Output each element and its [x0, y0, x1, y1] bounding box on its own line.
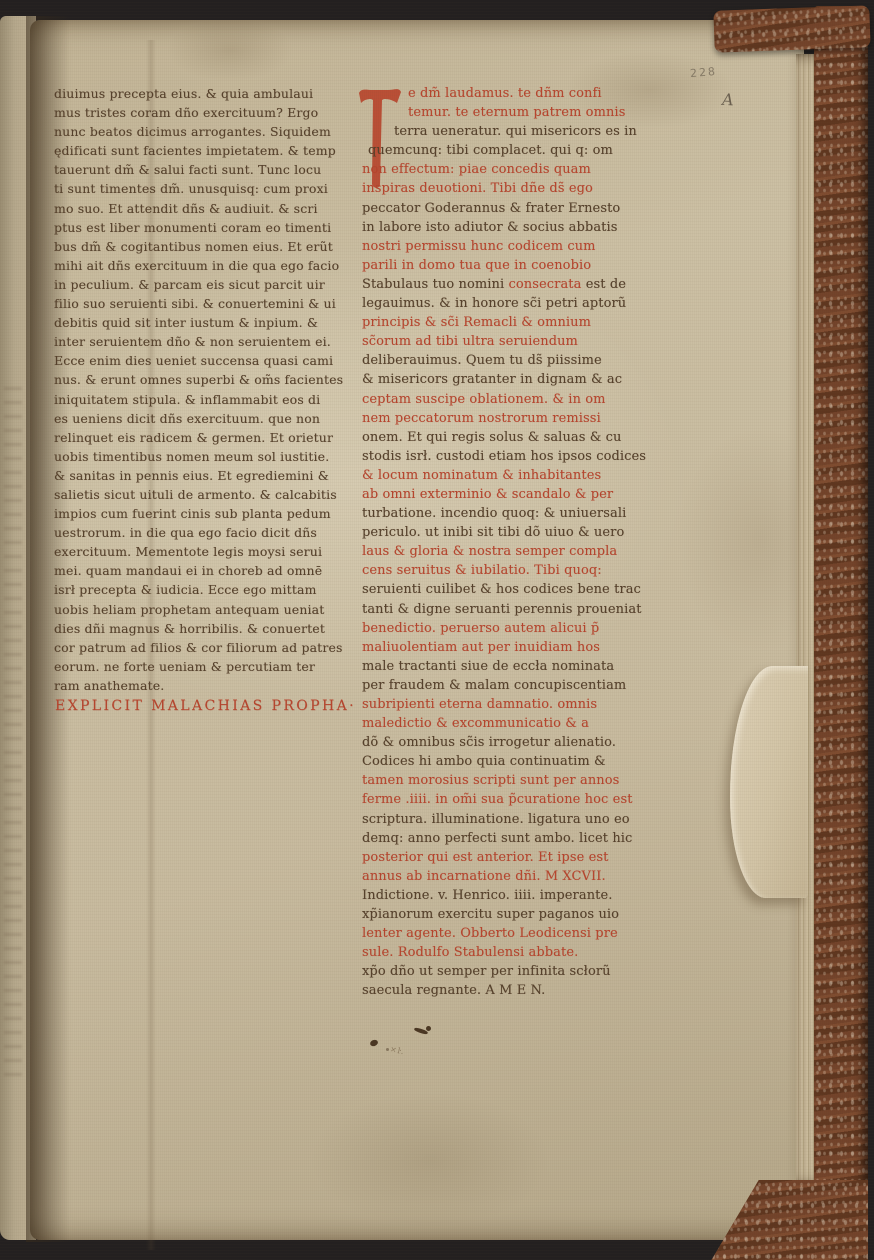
text-segment: ceptam suscipe oblationem. & in om: [362, 392, 606, 407]
text-segment: maliuolentiam aut per inuidiam hos: [362, 640, 600, 655]
text-segment: diuimus precepta eius. & quia ambulaui: [54, 86, 313, 101]
manuscript-line: maledictio & excommunicatio & a: [362, 714, 666, 733]
manuscript-line: in peculium. & parcam eis sicut parcit u…: [54, 275, 356, 294]
text-segment: nus. & erunt omnes superbi & om̃s facien…: [54, 372, 343, 387]
manuscript-line: periculo. ut inibi sit tibi dõ uiuo & ue…: [362, 523, 666, 542]
manuscript-line: uobis timentibus nomen meum sol iustitie…: [54, 447, 356, 466]
text-segment: iniquitatem stipula. & inflammabit eos d…: [54, 392, 320, 407]
manuscript-line: nem peccatorum nostrorum remissi: [362, 409, 666, 428]
manuscript-line: e dm̃ laudamus. te dñm confi: [362, 84, 666, 103]
text-segment: per fraudem & malam concupiscentiam: [362, 678, 626, 693]
text-segment: ti sunt timentes dm̃. unusquisq: cum pro…: [54, 181, 328, 196]
text-segment: bus dm̃ & cogitantibus nomen eius. Et er…: [54, 239, 333, 254]
text-segment: Stabulaus tuo nomini: [362, 277, 509, 292]
manuscript-line: quemcunq: tibi complacet. qui q: om: [362, 141, 666, 160]
manuscript-line: mus tristes coram dño exercituum? Ergo: [54, 103, 356, 122]
manuscript-line: ti sunt timentes dm̃. unusquisq: cum pro…: [54, 179, 356, 198]
text-segment: posterior qui est anterior. Et ipse est: [362, 850, 609, 865]
text-segment: impios cum fuerint cinis sub planta pedu…: [54, 506, 331, 521]
manuscript-line: non effectum: piae concedis quam: [362, 160, 666, 179]
text-segment: cor patrum ad filios & cor filiorum ad p…: [54, 640, 343, 655]
text-segment: seruienti cuilibet & hos codices bene tr…: [362, 582, 641, 597]
text-segment: exercituum. Mementote legis moysi serui: [54, 544, 322, 559]
manuscript-line: posterior qui est anterior. Et ipse est: [362, 848, 666, 867]
text-segment: ferme .iiii. in om̃i sua p̃curatione hoc…: [362, 792, 633, 807]
text-segment: consecrata: [509, 277, 582, 292]
text-segment: ab omni exterminio & scandalo & per: [362, 487, 613, 502]
text-segment: uobis heliam prophetam antequam ueniat: [54, 602, 324, 617]
text-segment: relinquet eis radicem & germen. Et oriet…: [54, 430, 333, 445]
text-segment: stodis isrł. custodi etiam hos ipsos cod…: [362, 449, 646, 464]
manuscript-line: impios cum fuerint cinis sub planta pedu…: [54, 504, 356, 523]
manuscript-line: ceptam suscipe oblationem. & in om: [362, 390, 666, 409]
manuscript-line: inspiras deuotioni. Tibi dñe ds̃ ego: [362, 179, 666, 198]
manuscript-line: ferme .iiii. in om̃i sua p̃curatione hoc…: [362, 790, 666, 809]
text-segment: Codices hi ambo quia continuatim &: [362, 754, 606, 769]
text-segment: non effectum: piae concedis quam: [362, 162, 591, 177]
manuscript-line: relinquet eis radicem & germen. Et oriet…: [54, 428, 356, 447]
manuscript-line: uobis heliam prophetam antequam ueniat: [54, 600, 356, 619]
text-segment: in labore isto adiutor & socius abbatis: [362, 220, 618, 235]
text-segment: benedictio. peruerso autem alicui p̃: [362, 621, 599, 636]
manuscript-line: nus. & erunt omnes superbi & om̃s facien…: [54, 370, 356, 389]
manuscript-line: bus dm̃ & cogitantibus nomen eius. Et er…: [54, 237, 356, 256]
text-segment: mo suo. Et attendit dñs & audiuit. & scr…: [54, 201, 318, 216]
manuscript-line: Codices hi ambo quia continuatim &: [362, 752, 666, 771]
text-segment: terra ueneratur. qui misericors es in: [394, 124, 637, 139]
text-segment: lenter agente. Obberto Leodicensi pre: [362, 926, 618, 941]
manuscript-line: legauimus. & in honore sc̃i petri aptorũ: [362, 294, 666, 313]
manuscript-line: principis & sc̃i Remacli & omnium: [362, 313, 666, 332]
manuscript-line: salietis sicut uituli de armento. & calc…: [54, 485, 356, 504]
text-segment: eorum. ne forte ueniam & percutiam ter: [54, 659, 315, 674]
manuscript-line: male tractanti siue de eccła nominata: [362, 657, 666, 676]
manuscript-line: maliuolentiam aut per inuidiam hos: [362, 638, 666, 657]
text-segment: uobis timentibus nomen meum sol iustitie…: [54, 449, 329, 464]
text-segment: tanti & digne seruanti perennis prouenia…: [362, 602, 642, 617]
manuscript-line: tamen morosius scripti sunt per annos: [362, 771, 666, 790]
manuscript-line: tanti & digne seruanti perennis prouenia…: [362, 600, 666, 619]
text-segment: mus tristes coram dño exercituum? Ergo: [54, 105, 318, 120]
text-segment: Indictione. v. Henrico. iiii. imperante.: [362, 888, 613, 903]
text-segment: saecula regnante. A M E N.: [362, 983, 545, 998]
manuscript-line: iniquitatem stipula. & inflammabit eos d…: [54, 390, 356, 409]
show-through-text: [4, 376, 22, 1076]
text-segment: & locum nominatum & inhabitantes: [362, 468, 601, 483]
text-segment: isrł precepta & iudicia. Ecce ego mittam: [54, 582, 317, 597]
text-segment: inspiras deuotioni. Tibi dñe ds̃ ego: [362, 181, 593, 196]
manuscript-line: nunc beatos dicimus arrogantes. Siquidem: [54, 122, 356, 141]
manuscript-line: annus ab incarnatione dñi. M XCVII.: [362, 867, 666, 886]
text-segment: & sanitas in pennis eius. Et egrediemini…: [54, 468, 329, 483]
text-segment: deliberauimus. Quem tu ds̃ piissime: [362, 353, 602, 368]
manuscript-line: per fraudem & malam concupiscentiam: [362, 676, 666, 695]
manuscript-line: tauerunt dm̃ & salui facti sunt. Tunc lo…: [54, 160, 356, 179]
text-segment: es ueniens dicit dñs exercituum. que non: [54, 411, 320, 426]
manuscript-line: Indictione. v. Henrico. iiii. imperante.: [362, 886, 666, 905]
text-segment: uestrorum. in die qua ego facio dicit dñ…: [54, 525, 317, 540]
manuscript-line: Ecce enim dies ueniet succensa quasi cam…: [54, 351, 356, 370]
text-segment: ędificati sunt facientes impietatem. & t…: [54, 143, 336, 158]
manuscript-line: saecula regnante. A M E N.: [362, 981, 666, 1000]
text-segment: e dm̃ laudamus. te dñm confi: [408, 86, 602, 101]
text-segment: dies dñi magnus & horribilis. & conuerte…: [54, 621, 325, 636]
manuscript-line: seruienti cuilibet & hos codices bene tr…: [362, 580, 666, 599]
right-text-column: e dm̃ laudamus. te dñm confitemur. te et…: [362, 84, 666, 1001]
manuscript-line: filio suo seruienti sibi. & conuertemini…: [54, 294, 356, 313]
left-text-column: diuimus precepta eius. & quia ambulauimu…: [54, 84, 356, 695]
text-segment: nem peccatorum nostrorum remissi: [362, 411, 601, 426]
text-segment: male tractanti siue de eccła nominata: [362, 659, 614, 674]
text-segment: dõ & omnibus sc̃is irrogetur alienatio.: [362, 735, 616, 750]
explicit-rubric: EXPLICIT MALACHIAS PROPHA·: [55, 698, 356, 714]
manuscript-line: debitis quid sit inter iustum & inpium. …: [54, 313, 356, 332]
manuscript-line: lenter agente. Obberto Leodicensi pre: [362, 924, 666, 943]
manuscript-line: subripienti eterna damnatio. omnis: [362, 695, 666, 714]
manuscript-line: cor patrum ad filios & cor filiorum ad p…: [54, 638, 356, 657]
manuscript-line: cens seruitus & iubilatio. Tibi quoq:: [362, 561, 666, 580]
text-segment: cens seruitus & iubilatio. Tibi quoq:: [362, 563, 602, 578]
text-segment: maledictio & excommunicatio & a: [362, 716, 589, 731]
manuscript-line: stodis isrł. custodi etiam hos ipsos cod…: [362, 447, 666, 466]
manuscript-line: scriptura. illuminatione. ligatura uno e…: [362, 810, 666, 829]
manuscript-line: sc̃orum ad tibi ultra seruiendum: [362, 332, 666, 351]
text-segment: & misericors gratanter in dignam & ac: [362, 372, 622, 387]
manuscript-line: mihi ait dñs exercituum in die qua ego f…: [54, 256, 356, 275]
text-segment: tamen morosius scripti sunt per annos: [362, 773, 619, 788]
text-segment: inter seruientem dño & non seruientem ei…: [54, 334, 331, 349]
text-segment: ptus est liber monumenti coram eo timent…: [54, 220, 331, 235]
manuscript-line: eorum. ne forte ueniam & percutiam ter: [54, 657, 356, 676]
text-segment: xp̃o dño ut semper per infinita scłorũ: [362, 964, 611, 979]
manuscript-line: inter seruientem dño & non seruientem ei…: [54, 332, 356, 351]
manuscript-line: onem. Et qui regis solus & saluas & cu: [362, 428, 666, 447]
folio-number: 228: [689, 65, 717, 80]
manuscript-line: dõ & omnibus sc̃is irrogetur alienatio.: [362, 733, 666, 752]
text-segment: peccator Goderannus & frater Ernesto: [362, 201, 620, 216]
manuscript-line: diuimus precepta eius. & quia ambulaui: [54, 84, 356, 103]
text-segment: sule. Rodulfo Stabulensi abbate.: [362, 945, 578, 960]
text-segment: in peculium. & parcam eis sicut parcit u…: [54, 277, 325, 292]
text-segment: sc̃orum ad tibi ultra seruiendum: [362, 334, 578, 349]
text-segment: debitis quid sit inter iustum & inpium. …: [54, 315, 318, 330]
leather-cover-top: [713, 5, 870, 52]
text-segment: est de: [581, 277, 626, 292]
text-segment: demq: anno perfecti sunt ambo. licet hic: [362, 831, 632, 846]
text-segment: nunc beatos dicimus arrogantes. Siquidem: [54, 124, 331, 139]
text-segment: parili in domo tua que in coenobio: [362, 258, 591, 273]
text-segment: periculo. ut inibi sit tibi dõ uiuo & ue…: [362, 525, 624, 540]
text-segment: mei. quam mandaui ei in choreb ad omnē: [54, 563, 322, 578]
manuscript-line: mei. quam mandaui ei in choreb ad omnē: [54, 561, 356, 580]
manuscript-line: peccator Goderannus & frater Ernesto: [362, 199, 666, 218]
ink-speck: [426, 1026, 431, 1031]
text-segment: annus ab incarnatione dñi. M XCVII.: [362, 869, 606, 884]
manuscript-line: & locum nominatum & inhabitantes: [362, 466, 666, 485]
manuscript-line: & misericors gratanter in dignam & ac: [362, 370, 666, 389]
manuscript-line: ptus est liber monumenti coram eo timent…: [54, 218, 356, 237]
manuscript-line: benedictio. peruerso autem alicui p̃: [362, 619, 666, 638]
manuscript-line: Stabulaus tuo nomini consecrata est de: [362, 275, 666, 294]
manuscript-line: deliberauimus. Quem tu ds̃ piissime: [362, 351, 666, 370]
manuscript-line: nostri permissu hunc codicem cum: [362, 237, 666, 256]
manuscript-line: es ueniens dicit dñs exercituum. que non: [54, 409, 356, 428]
manuscript-line: ab omni exterminio & scandalo & per: [362, 485, 666, 504]
manuscript-line: exercituum. Mementote legis moysi serui: [54, 542, 356, 561]
text-segment: xp̃ianorum exercitu super paganos uio: [362, 907, 619, 922]
manuscript-line: temur. te eternum patrem omnis: [362, 103, 666, 122]
text-segment: ram anathemate.: [54, 678, 164, 693]
text-segment: salietis sicut uituli de armento. & calc…: [54, 487, 337, 502]
manuscript-line: ędificati sunt facientes impietatem. & t…: [54, 141, 356, 160]
text-segment: tauerunt dm̃ & salui facti sunt. Tunc lo…: [54, 162, 321, 177]
text-segment: subripienti eterna damnatio. omnis: [362, 697, 597, 712]
text-segment: quemcunq: tibi complacet. qui q: om: [368, 143, 613, 158]
manuscript-line: uestrorum. in die qua ego facio dicit dñ…: [54, 523, 356, 542]
manuscript-line: isrł precepta & iudicia. Ecce ego mittam: [54, 580, 356, 599]
text-segment: laus & gloria & nostra semper compla: [362, 544, 617, 559]
manuscript-line: xp̃ianorum exercitu super paganos uio: [362, 905, 666, 924]
text-segment: legauimus. & in honore sc̃i petri aptorũ: [362, 296, 626, 311]
ink-speck: [386, 1048, 389, 1051]
text-segment: filio suo seruienti sibi. & conuertemini…: [54, 296, 336, 311]
manuscript-line: sule. Rodulfo Stabulensi abbate.: [362, 943, 666, 962]
text-segment: principis & sc̃i Remacli & omnium: [362, 315, 591, 330]
manuscript-line: xp̃o dño ut semper per infinita scłorũ: [362, 962, 666, 981]
text-segment: turbatione. incendio quoq: & uniuersali: [362, 506, 626, 521]
text-segment: scriptura. illuminatione. ligatura uno e…: [362, 812, 630, 827]
manuscript-line: dies dñi magnus & horribilis. & conuerte…: [54, 619, 356, 638]
manuscript-line: laus & gloria & nostra semper compla: [362, 542, 666, 561]
manuscript-line: parili in domo tua que in coenobio: [362, 256, 666, 275]
manuscript-line: demq: anno perfecti sunt ambo. licet hic: [362, 829, 666, 848]
manuscript-line: mo suo. Et attendit dñs & audiuit. & scr…: [54, 199, 356, 218]
manuscript-line: terra ueneratur. qui misericors es in: [362, 122, 666, 141]
text-segment: onem. Et qui regis solus & saluas & cu: [362, 430, 621, 445]
book-photo: 228 A diuimus precepta eius. & quia ambu…: [0, 0, 874, 1260]
text-segment: mihi ait dñs exercituum in die qua ego f…: [54, 258, 339, 273]
manuscript-line: turbatione. incendio quoq: & uniuersali: [362, 504, 666, 523]
manuscript-line: & sanitas in pennis eius. Et egrediemini…: [54, 466, 356, 485]
manuscript-line: ram anathemate.: [54, 676, 356, 695]
manuscript-line: in labore isto adiutor & socius abbatis: [362, 218, 666, 237]
text-segment: Ecce enim dies ueniet succensa quasi cam…: [54, 353, 333, 368]
text-segment: temur. te eternum patrem omnis: [408, 105, 625, 120]
text-segment: nostri permissu hunc codicem cum: [362, 239, 596, 254]
leather-cover-edge: [814, 6, 868, 1260]
